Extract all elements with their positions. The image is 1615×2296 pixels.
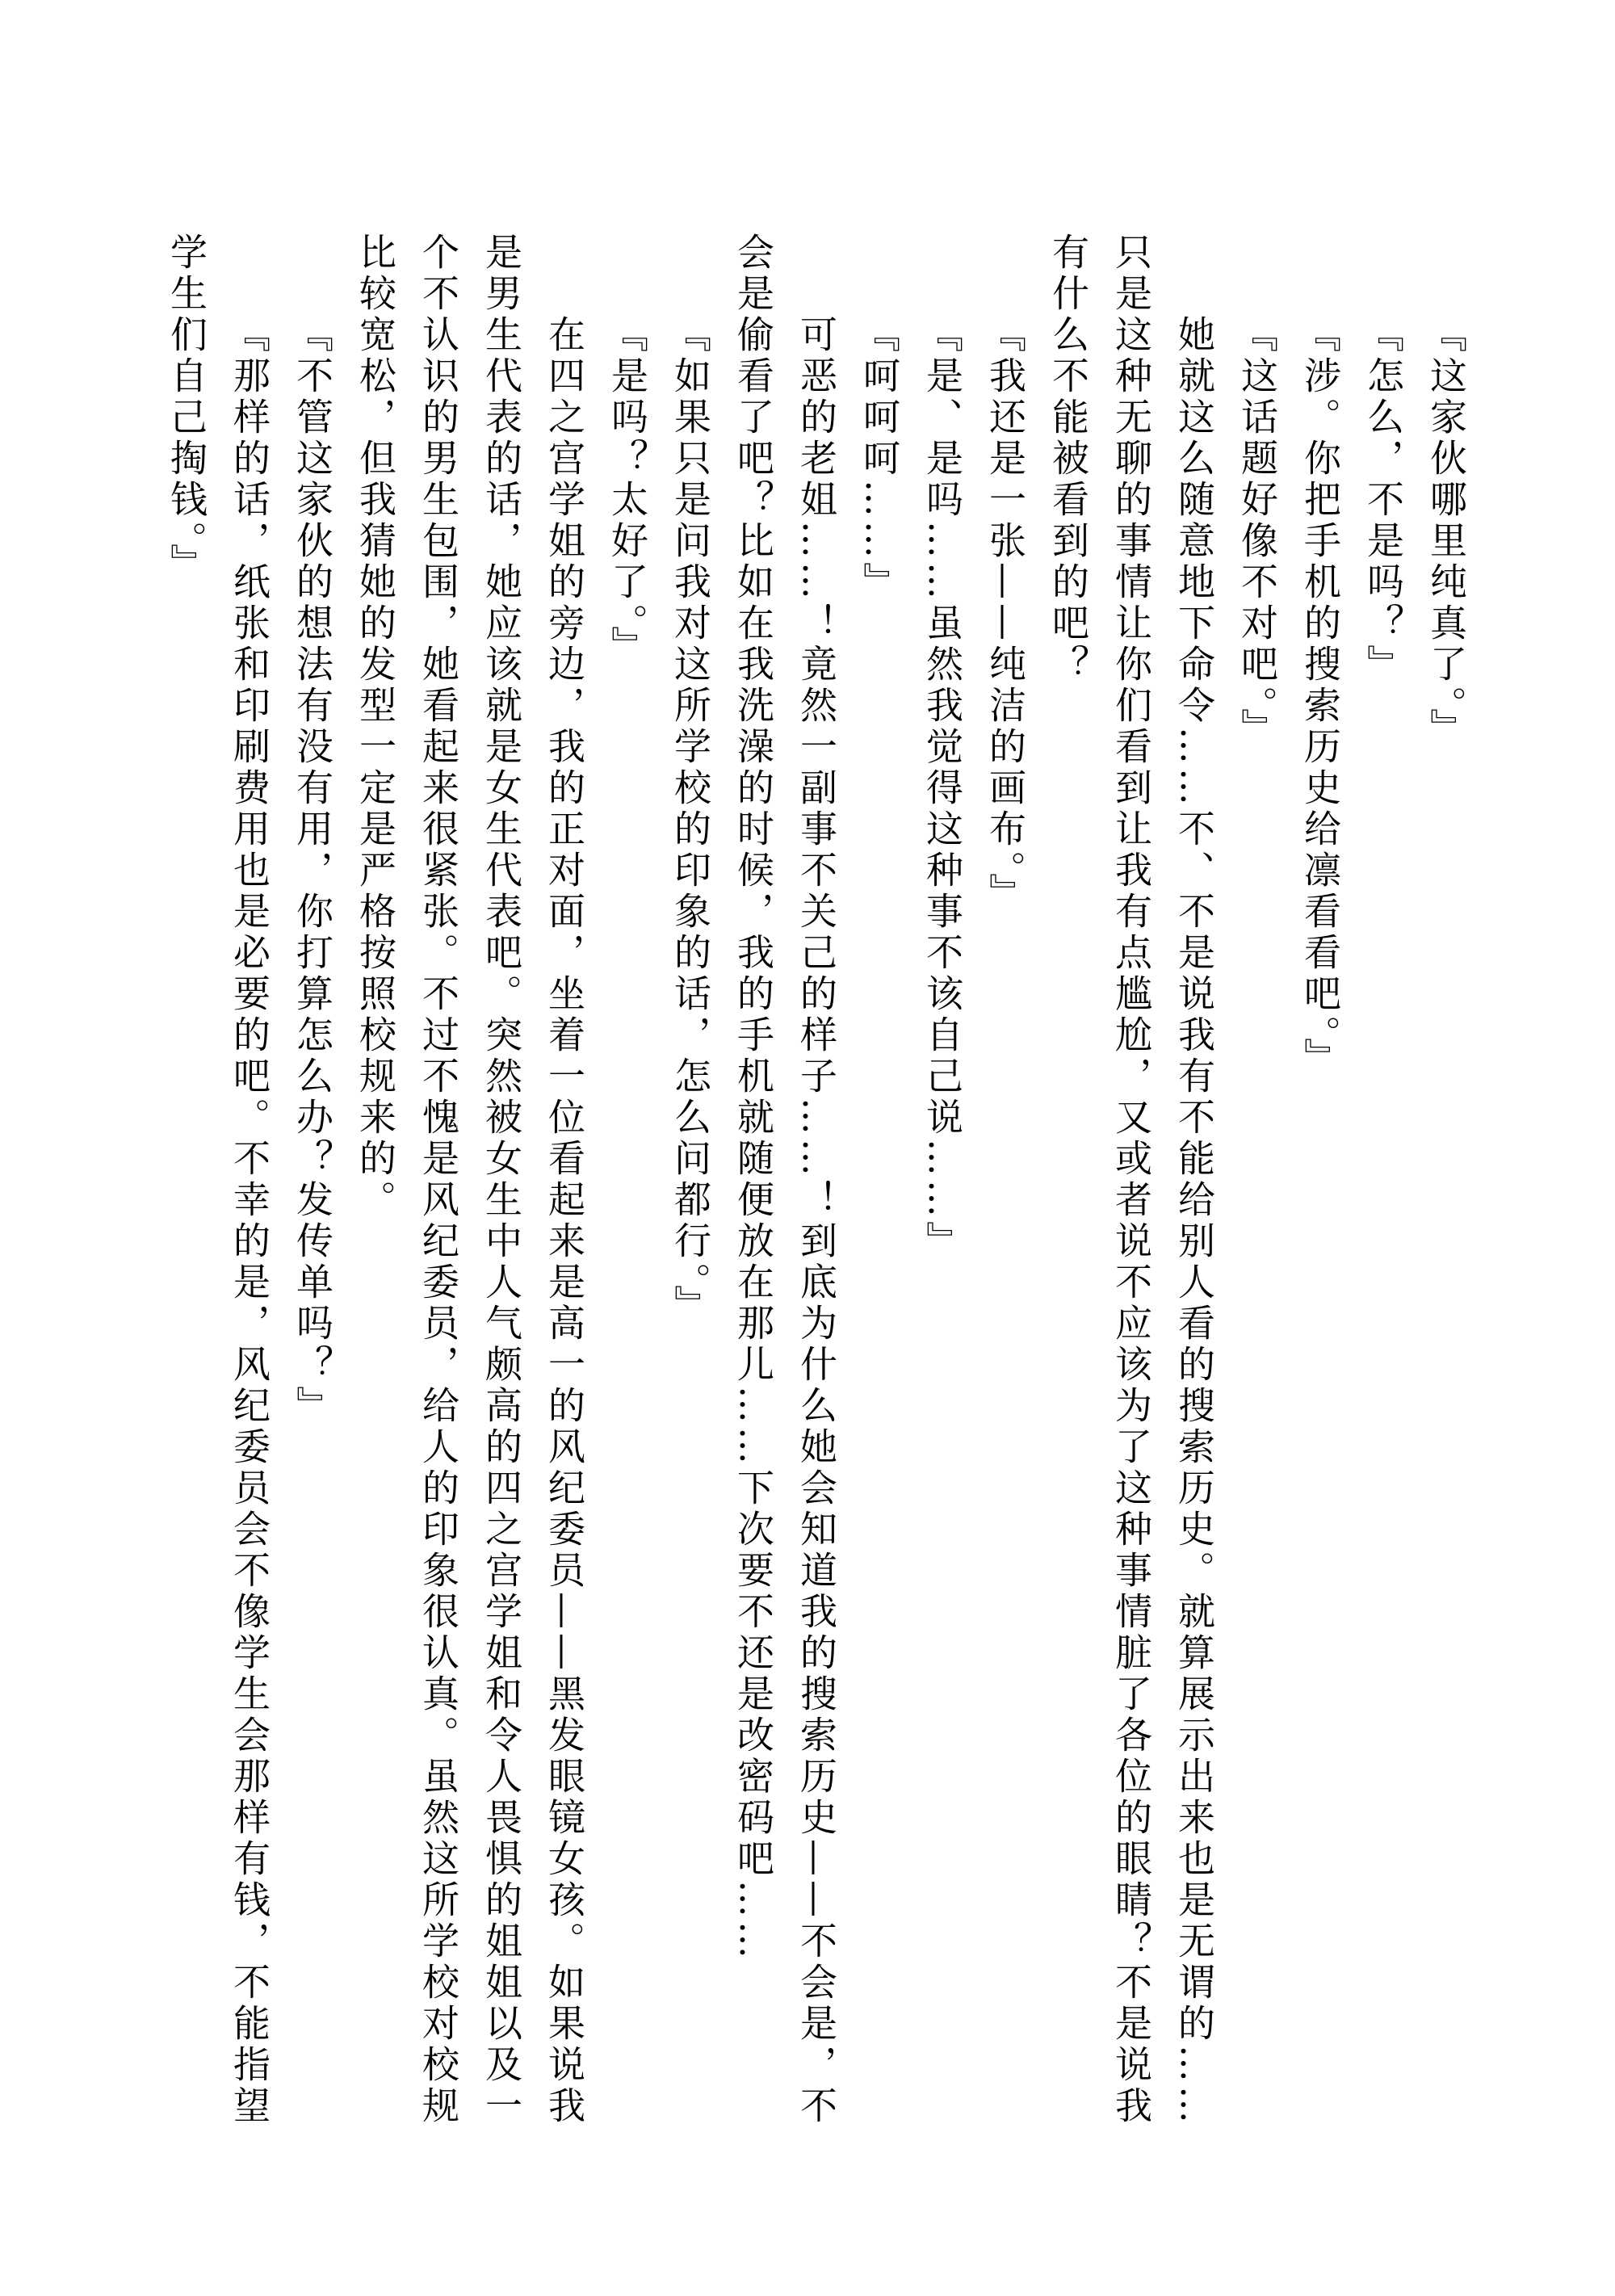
paragraph-first-column: 可恶的老姐……！竟然一副事不关己的样子……！到底为什么她会知道我的搜索历史——不…	[785, 233, 848, 2145]
paragraph-first-column: 『不管这家伙的想法有没有用，你打算怎么办？发传单吗？』	[281, 233, 344, 2145]
paragraph-first-column: 『涉。你把手机的搜索历史给凛看看吧。』	[1289, 233, 1352, 2145]
paragraph-first-column: 她就这么随意地下命令……不、不是说我有不能给别人看的搜索历史。就算展示出来也是无…	[1163, 233, 1226, 2145]
paragraph-continuation-column: 是男生代表的话，她应该就是女生代表吧。突然被女生中人气颇高的四之宫学姐和令人畏惧…	[470, 233, 533, 2145]
paragraph-first-column: 『我还是一张——纯洁的画布。』	[974, 233, 1037, 2145]
paragraph-first-column: 『呵呵呵……』	[848, 233, 911, 2145]
paragraph-continuation-column: 比较宽松，但我猜她的发型一定是严格按照校规来的。	[344, 233, 407, 2145]
paragraph-continuation-column: 个不认识的男生包围，她看起来很紧张。不过不愧是风纪委员，给人的印象很认真。虽然这…	[407, 233, 470, 2145]
paragraph-first-column: 『是、是吗……虽然我觉得这种事不该自己说……』	[911, 233, 974, 2145]
paragraph-continuation-column: 学生们自己掏钱。』	[155, 233, 218, 2145]
paragraph-first-column: 『这话题好像不对吧。』	[1226, 233, 1289, 2145]
paragraph-continuation-column: 有什么不能被看到的吧？	[1037, 233, 1100, 2145]
paragraph-continuation-column: 只是这种无聊的事情让你们看到让我有点尴尬，又或者说不应该为了这种事情脏了各位的眼…	[1100, 233, 1163, 2145]
novel-page: 『这家伙哪里纯真了。』『怎么，不是吗？』『涉。你把手机的搜索历史给凛看看吧。』『…	[0, 0, 1615, 2296]
paragraph-first-column: 『怎么，不是吗？』	[1352, 233, 1415, 2145]
paragraph-first-column: 『是吗？太好了。』	[596, 233, 659, 2145]
paragraph-first-column: 在四之宫学姐的旁边，我的正对面，坐着一位看起来是高一的风纪委员——黑发眼镜女孩。…	[533, 233, 596, 2145]
paragraph-continuation-column: 会是偷看了吧？比如在我洗澡的时候，我的手机就随便放在那儿……下次要不还是改密码吧…	[722, 233, 785, 2145]
paragraph-first-column: 『这家伙哪里纯真了。』	[1415, 233, 1478, 2145]
vertical-text-block: 『这家伙哪里纯真了。』『怎么，不是吗？』『涉。你把手机的搜索历史给凛看看吧。』『…	[155, 233, 1478, 2145]
paragraph-first-column: 『如果只是问我对这所学校的印象的话，怎么问都行。』	[659, 233, 722, 2145]
paragraph-first-column: 『那样的话，纸张和印刷费用也是必要的吧。不幸的是，风纪委员会不像学生会那样有钱，…	[218, 233, 281, 2145]
